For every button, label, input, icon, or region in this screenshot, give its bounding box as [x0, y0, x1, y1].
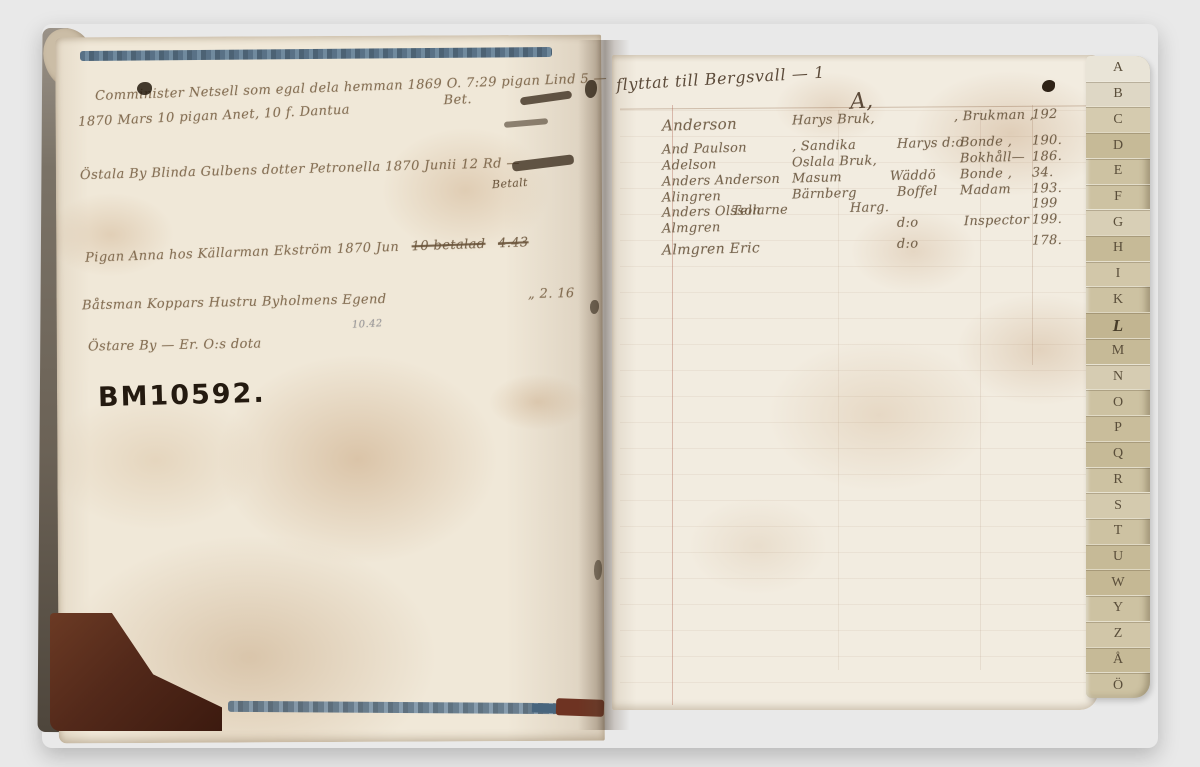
entry-place2: Harys d:o: [897, 135, 964, 152]
entry-title: Madam: [960, 182, 1011, 198]
tab-m: M: [1086, 338, 1150, 364]
entry-place: Harys Bruk,: [792, 111, 875, 128]
tab-t: T: [1086, 518, 1150, 544]
ink-blot: [137, 82, 152, 95]
tab-r: R: [1086, 467, 1150, 493]
photograph-background: Comminister Netsell som egal dela hemman…: [0, 0, 1200, 767]
right-page: flyttat till Bergsvall — 1 A, Anderson H…: [612, 55, 1098, 710]
entry-place2: Wäddö: [890, 168, 936, 184]
ink-blot: [1042, 80, 1055, 92]
entry-page-number: 186.: [1032, 149, 1063, 165]
tab-b: B: [1086, 81, 1150, 107]
entry-place2: d:o: [897, 236, 919, 252]
tab-a: A: [1086, 56, 1150, 81]
entry-place2: Harg.: [850, 200, 890, 216]
entry-name: Alingren: [662, 189, 721, 205]
entry-place: Masum: [792, 170, 842, 186]
entry-title: Inspector: [964, 213, 1030, 230]
struck-amount: 4.43: [498, 235, 529, 251]
entry-page-number: 199.: [1032, 212, 1063, 228]
tab-k: K: [1086, 286, 1150, 312]
entry-page-number: 199: [1032, 196, 1058, 212]
tab-o: O: [1086, 389, 1150, 415]
entry-title: Bokhåll—: [960, 150, 1025, 167]
entry-page-number: 192: [1032, 107, 1058, 123]
entry-name: And Paulson: [662, 141, 747, 158]
alphabet-tab-index: A B C D E F G H I K L M N O P Q R S T U …: [1086, 56, 1150, 698]
tab-w: W: [1086, 569, 1150, 595]
entry-place: Bärnberg: [792, 186, 857, 203]
tab-h: H: [1086, 235, 1150, 261]
entry-title: , Brukman ,: [954, 108, 1035, 125]
entry-page-number: 34.: [1032, 165, 1054, 181]
tab-i: I: [1086, 261, 1150, 287]
entry-place: , Sandika: [792, 138, 856, 155]
tab-z: Z: [1086, 621, 1150, 647]
tab-n: N: [1086, 364, 1150, 390]
struck-text: 10 betalad: [411, 237, 485, 255]
page-heading: flyttat till Bergsvall — 1: [616, 63, 826, 95]
tab-p: P: [1086, 415, 1150, 441]
entry-page-number: 190.: [1032, 133, 1063, 149]
tab-e: E: [1086, 158, 1150, 184]
betalt-annotation: Betalt: [492, 176, 529, 191]
entry-title: Bonde ,: [960, 166, 1012, 182]
entry-page-number: 193.: [1032, 181, 1063, 197]
entry-place2: d:o: [897, 215, 919, 231]
catalog-number: BM10592.: [98, 378, 266, 413]
tab-f: F: [1086, 184, 1150, 210]
tab-q: Q: [1086, 441, 1150, 467]
entry-name: Anders Anderson: [662, 172, 780, 190]
entry-place: Tellarne: [732, 203, 788, 219]
tab-g: G: [1086, 209, 1150, 235]
tab-y: Y: [1086, 595, 1150, 621]
amount-text: „ 2. 16: [528, 286, 575, 302]
tab-ao: Å: [1086, 647, 1150, 673]
tab-d: D: [1086, 132, 1150, 158]
entry-name: Almgren Eric: [662, 240, 760, 258]
entry-page-number: 178.: [1032, 233, 1063, 249]
entry-place2: Boffel: [897, 184, 938, 200]
tab-s: S: [1086, 492, 1150, 518]
tab-oe: Ö: [1086, 672, 1150, 698]
tab-u: U: [1086, 544, 1150, 570]
entry-title: Bonde ,: [960, 134, 1012, 150]
entry-name: Almgren: [662, 220, 721, 236]
pencil-note: 10.42: [352, 318, 383, 331]
line-note: Bet.: [443, 92, 472, 108]
tab-l: L: [1086, 312, 1150, 338]
handwritten-line: Östare By — Er. O:s dota: [88, 336, 262, 354]
entry-name: Anderson: [662, 115, 737, 135]
entry-name: Adelson: [662, 157, 717, 173]
tab-c: C: [1086, 106, 1150, 132]
marbled-cover-edge-bottom: [228, 701, 558, 714]
entry-place: Oslala Bruk,: [792, 153, 877, 170]
